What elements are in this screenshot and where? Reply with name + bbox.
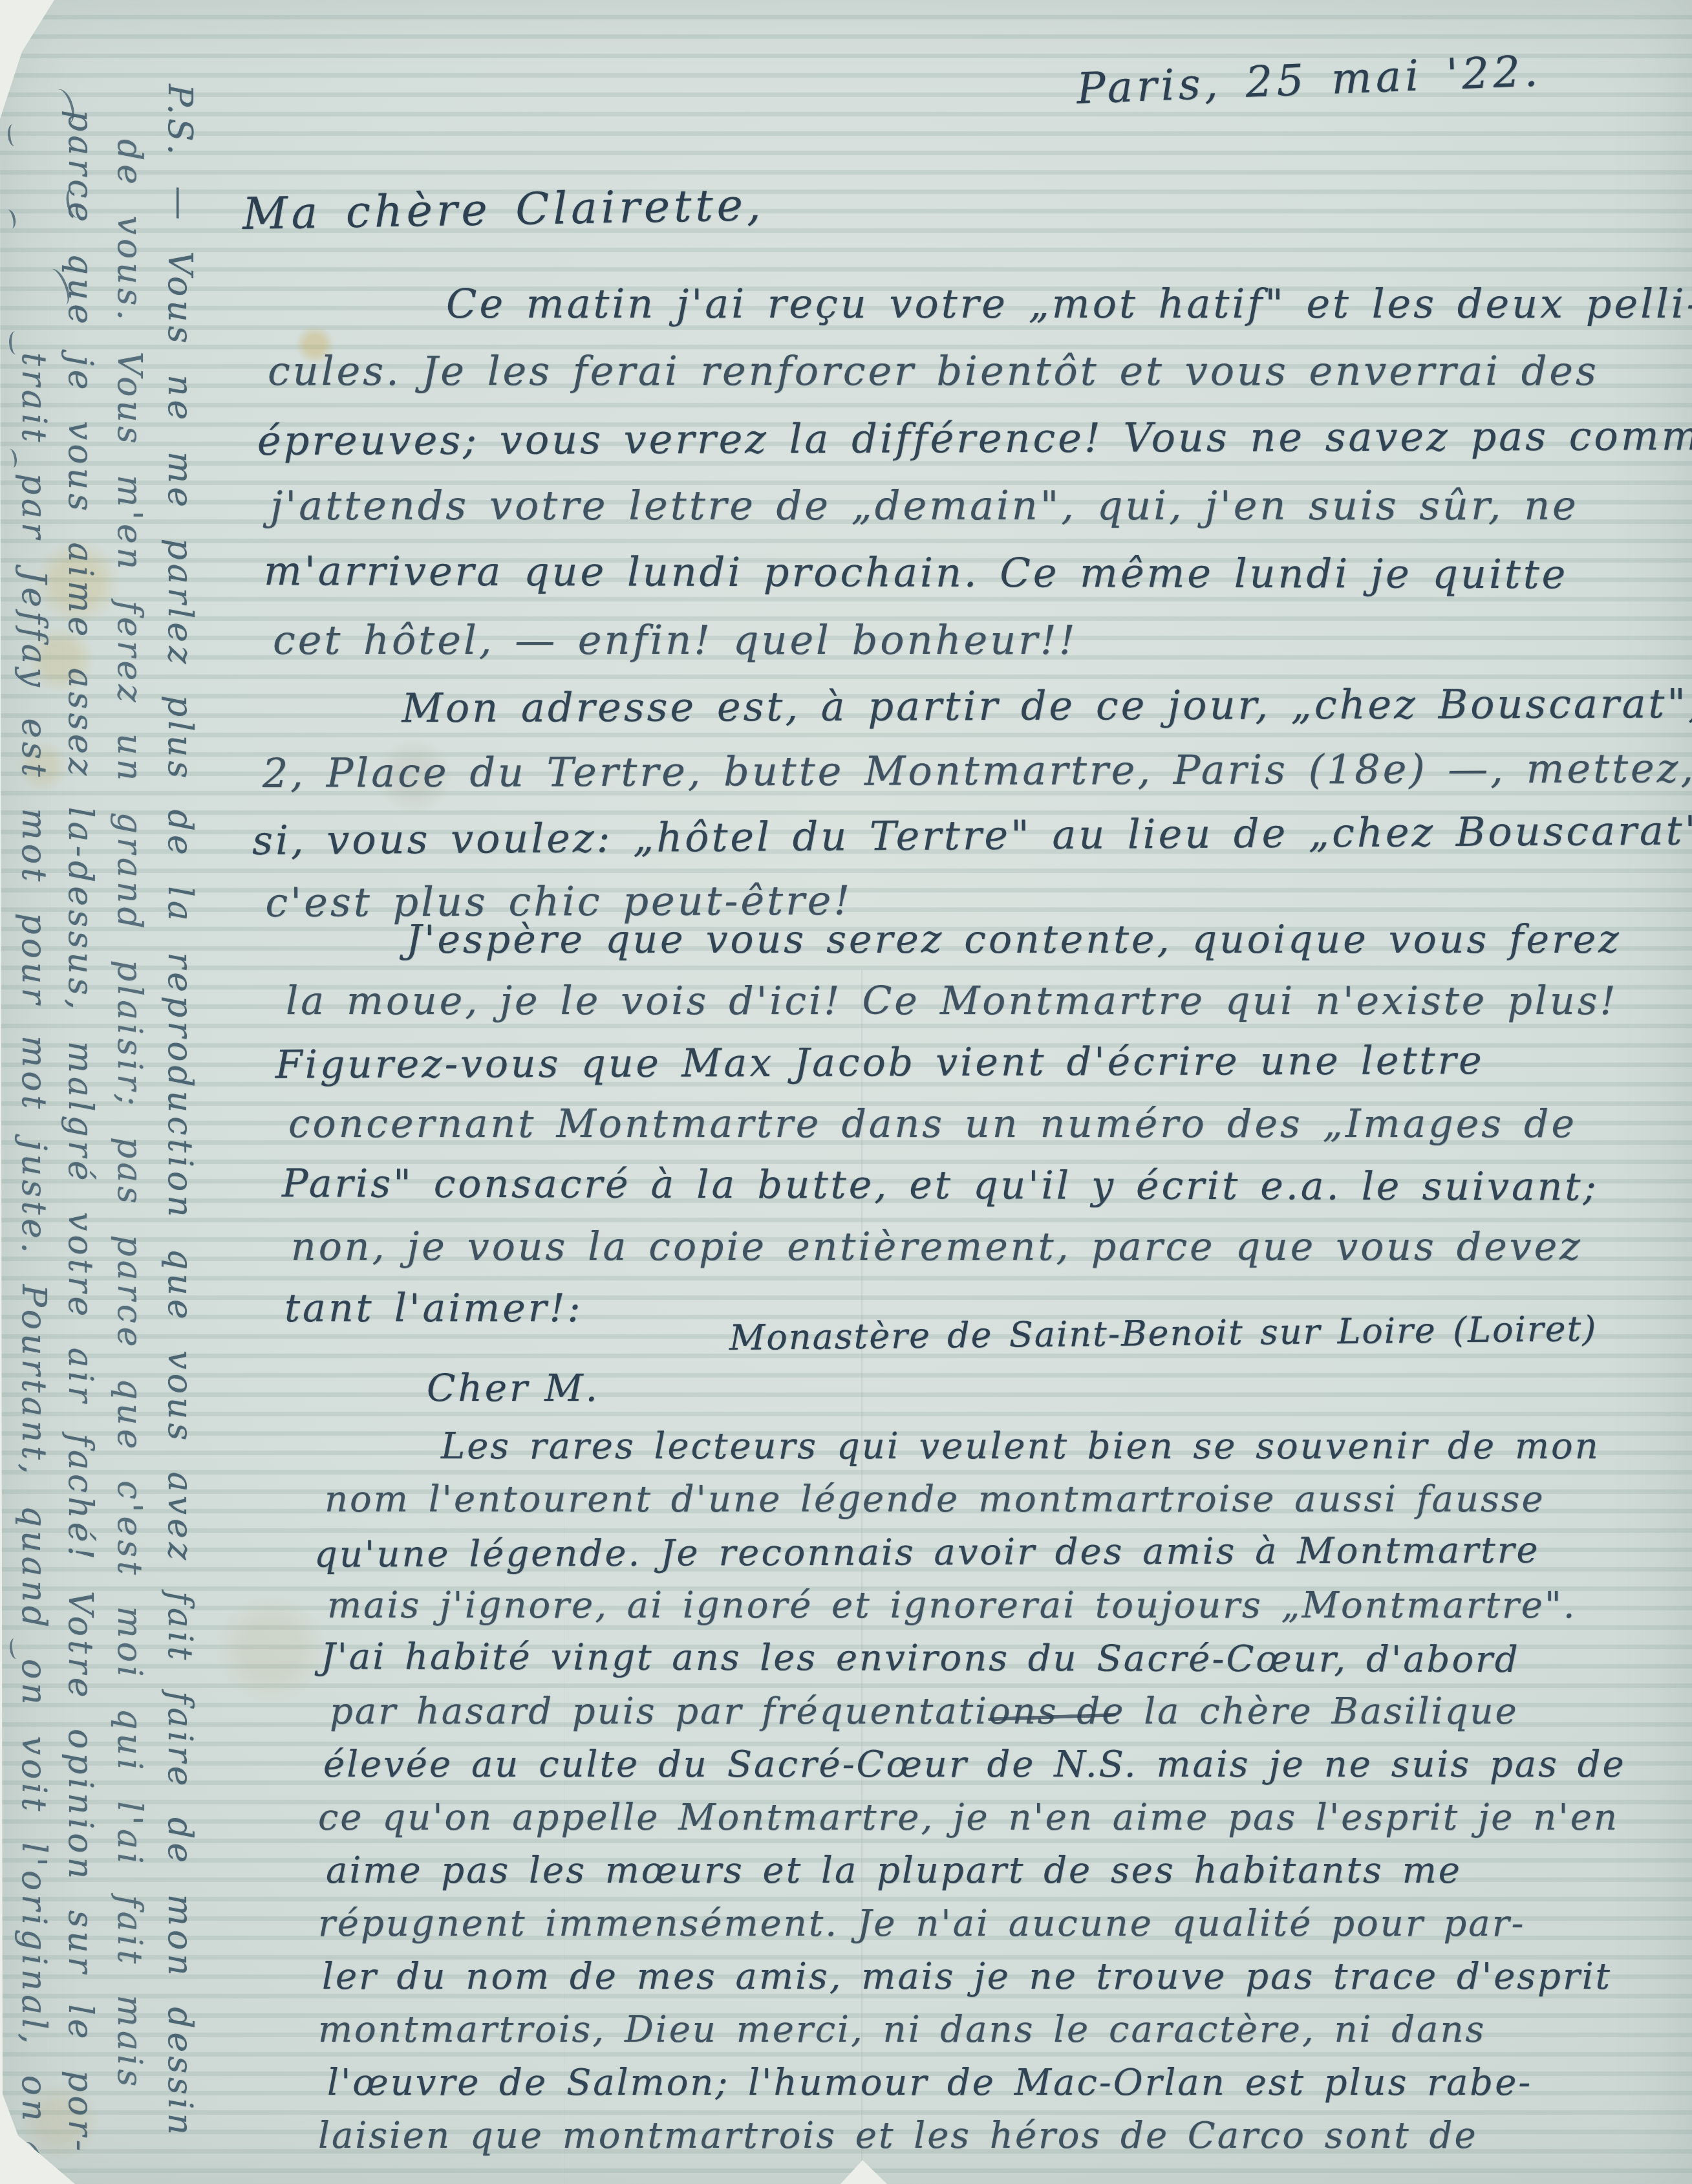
- edge-ink-fragment: [8, 1638, 22, 1660]
- handwritten-line: 2, Place du Tertre, butte Montmartre, Pa…: [262, 736, 1692, 806]
- edge-ink-fragment: [2, 208, 17, 230]
- handwritten-line: j'attends votre lettre de „demain", qui,…: [270, 472, 1692, 539]
- handwritten-line: répugnent immensément. Je n'ai aucune qu…: [318, 1897, 1626, 1951]
- handwritten-line: Ce matin j'ai reçu votre „mot hatif" et …: [261, 270, 1692, 338]
- handwritten-line: cet hôtel, — enfin! quel bonheur!!: [273, 607, 1692, 674]
- handwritten-letter-scan: Paris, 25 mai '22. Ma chère Clairette, C…: [0, 0, 1692, 2184]
- handwritten-line: mais j'ignore, ai ignoré et ignorerai to…: [327, 1579, 1626, 1632]
- handwritten-line: m'arrivera que lundi prochain. Ce même l…: [264, 537, 1692, 609]
- handwritten-line: ce qu'on appelle Montmartre, je n'en aim…: [318, 1791, 1626, 1844]
- handwritten-line: élevée au culte du Sacré-Cœur de N.S. ma…: [323, 1738, 1626, 1791]
- margin-postscript-line: de vous. Vous m'en ferez un grand plaisi…: [109, 139, 150, 2131]
- handwritten-line: la moue, je le vois d'ici! Ce Montmartre…: [286, 971, 1622, 1032]
- handwritten-line: J'espère que vous serez contente, quoiqu…: [279, 909, 1622, 971]
- handwritten-line: ler du nom de mes amis, mais je ne trouv…: [322, 1951, 1626, 2004]
- handwritten-line: montmartrois, Dieu merci, ni dans le car…: [318, 2004, 1626, 2057]
- edge-ink-fragment: [7, 124, 21, 146]
- handwritten-line: épreuves; vous verrez la différence! Vou…: [257, 402, 1692, 475]
- edge-ink-fragment: [8, 331, 22, 355]
- handwritten-line: J'ai habité vingt ans les environs du Sa…: [321, 1630, 1626, 1687]
- margin-postscript-line: parce que je vous aime assez la-dessus, …: [59, 110, 101, 2128]
- handwritten-line: Figurez-vous que Max Jacob vient d'écrir…: [275, 1030, 1622, 1096]
- handwritten-line: l'œuvre de Salmon; l'humour de Mac-Orlan…: [327, 2057, 1626, 2110]
- handwritten-line: par hasard puis par fréquentations de la…: [330, 1685, 1626, 1738]
- handwritten-line: aime pas les mœurs et la plupart de ses …: [326, 1844, 1626, 1897]
- paragraph-3: J'espère que vous serez contente, quoiqu…: [279, 909, 1622, 1339]
- handwritten-line: qu'une légende. Je reconnais avoir des a…: [314, 1524, 1626, 1581]
- paragraph-2: Mon adresse est, à partir de ce jour, „c…: [255, 671, 1692, 935]
- letter-paper: Paris, 25 mai '22. Ma chère Clairette, C…: [0, 0, 1692, 2184]
- handwritten-line: Les rares lecteurs qui veulent bien se s…: [318, 1420, 1626, 1473]
- handwritten-line: concernant Montmartre dans un numéro des…: [288, 1094, 1622, 1155]
- handwritten-line: non, je vous la copie entièrement, parce…: [291, 1216, 1622, 1278]
- margin-postscript-line: P.S. — Vous ne me parlez plus de la repr…: [159, 84, 200, 2121]
- quoted-letter-salutation: Cher M.: [427, 1366, 600, 1410]
- paragraph-1: Ce matin j'ai reçu votre „mot hatif" et …: [261, 270, 1692, 674]
- handwritten-line: cules. Je les ferai renforcer bientôt et…: [268, 338, 1692, 405]
- handwritten-line: si, vous voulez: „hôtel du Tertre" au li…: [252, 798, 1692, 873]
- handwritten-line: Paris" consacré à la butte, et qu'il y é…: [282, 1153, 1622, 1218]
- handwritten-line: laisien que montmartrois et les héros de…: [318, 2110, 1626, 2163]
- salutation: Ma chère Clairette,: [242, 180, 765, 240]
- dateline: Paris, 25 mai '22.: [1076, 46, 1543, 114]
- handwritten-line: Mon adresse est, à partir de ce jour, „c…: [255, 671, 1692, 741]
- handwritten-line: nom l'entourent d'une légende montmartro…: [325, 1473, 1626, 1526]
- quoted-letter-body: Les rares lecteurs qui veulent bien se s…: [318, 1420, 1626, 2163]
- margin-postscript-line: trait par Jeffay est mot pour mot juste.…: [13, 352, 54, 2163]
- quoted-letter-heading: Monastère de Saint-Benoit sur Loire (Loi…: [729, 1308, 1598, 1358]
